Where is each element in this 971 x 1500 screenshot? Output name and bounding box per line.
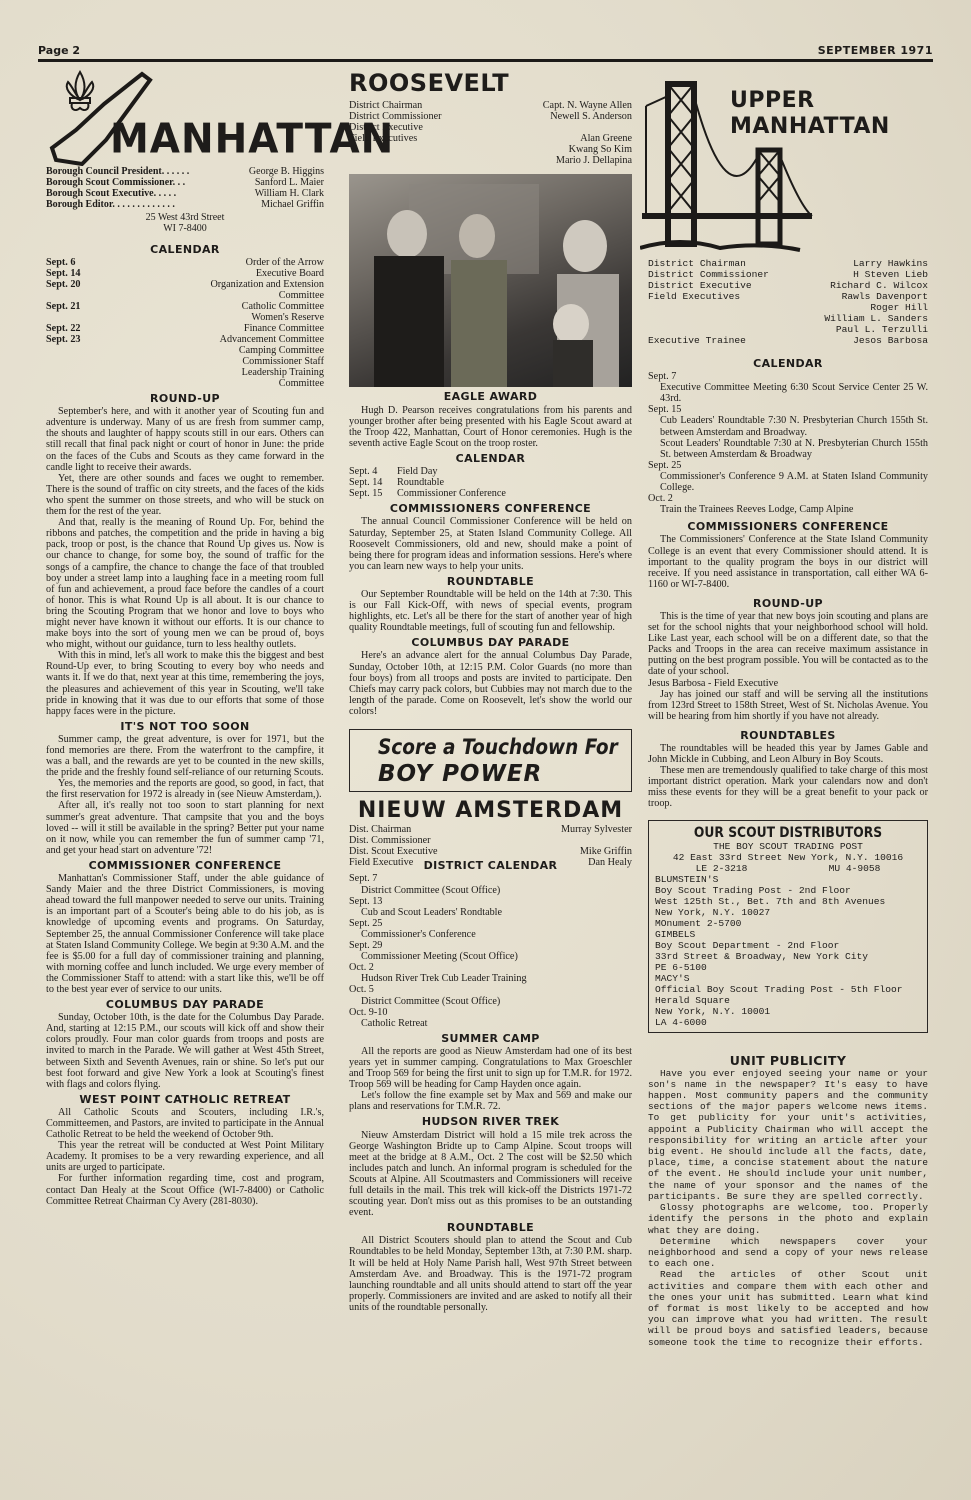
staff-name: Newell S. Anderson <box>543 111 632 122</box>
nieuw-amsterdam-title: NIEUW AMSTERDAM <box>349 798 632 824</box>
eagle-award-caption: EAGLE AWARD Hugh D. Pearson receives con… <box>349 391 632 448</box>
staff-name: Roger Hill <box>870 302 928 313</box>
calendar-date: Sept. 13 <box>349 896 632 907</box>
article-roosevelt-commissioners: COMMISSIONERS CONFERENCE The annual Coun… <box>349 503 632 572</box>
article-paragraph: Here's an advance alert for the annual C… <box>349 650 632 717</box>
article-paragraph: Glossy photographs are welcome, too. Pro… <box>648 1202 928 1236</box>
calendar-heading: CALENDAR <box>46 244 324 255</box>
caption-text: Hugh D. Pearson receives congratulations… <box>349 405 632 449</box>
article-heading: ROUNDTABLE <box>349 1222 632 1233</box>
calendar-event: Cub Leaders' Roundtable 7:30 N. Presbyte… <box>648 415 928 437</box>
store-line: Boy Scout Department - 2nd Floor <box>655 940 921 951</box>
article-heading: COLUMBUS DAY PARADE <box>349 637 632 648</box>
article-paragraph: This year the retreat will be conducted … <box>46 1140 324 1173</box>
roosevelt-title: ROOSEVELT <box>349 70 632 96</box>
article-heading: COMMISSIONER CONFERENCE <box>46 860 324 871</box>
manhattan-column: MANHATTAN Borough Council President. . .… <box>46 66 324 1207</box>
staff-role: District Executive <box>349 122 442 133</box>
article-paragraph: Nieuw Amsterdam District will hold a 15 … <box>349 1130 632 1219</box>
article-paragraph: And that, really is the meaning of Round… <box>46 517 324 650</box>
article-paragraph: Have you ever enjoyed seeing your name o… <box>648 1068 928 1202</box>
store-line: Official Boy Scout Trading Post - 5th Fl… <box>655 984 921 995</box>
calendar-date: Sept. 4 <box>349 466 397 477</box>
staff-role: District Commissioner <box>648 269 769 280</box>
article-summer-camp: SUMMER CAMP All the reports are good as … <box>349 1033 632 1113</box>
article-paragraph: All the reports are good as Nieuw Amster… <box>349 1046 632 1090</box>
staff-name: Richard C. Wilcox <box>830 280 928 291</box>
calendar-date: Sept. 25 <box>349 918 632 929</box>
staff-name: Murray Sylvester <box>561 824 632 835</box>
article-subhead: Jesus Barbosa - Field Executive <box>648 678 928 689</box>
nieuw-calendar: Sept. 7 District Committee (Scout Office… <box>349 873 632 1028</box>
article-columbus-day: COLUMBUS DAY PARADE Sunday, October 10th… <box>46 999 324 1090</box>
article-paragraph: All Catholic Scouts and Scouters, includ… <box>46 1107 324 1140</box>
article-round-up: ROUND-UP September's here, and with it a… <box>46 393 324 717</box>
calendar-event: Hudson River Trek Cub Leader Training <box>349 973 632 984</box>
staff-name: Alan Greene <box>543 133 632 144</box>
staff-role: Field Executives <box>648 291 740 302</box>
calendar-date: Sept. 7 <box>349 873 632 884</box>
store-name: BLUMSTEIN'S <box>655 874 921 885</box>
officer-role: Borough Scout Commissioner. . . <box>46 177 185 188</box>
distributor-phone: MU 4-9058 <box>829 863 881 874</box>
article-heading: COMMISSIONERS CONFERENCE <box>349 503 632 514</box>
calendar-date: Oct. 5 <box>349 984 632 995</box>
article-paragraph: Jay has joined our staff and will be ser… <box>648 689 928 722</box>
calendar-event: Commissioner Conference <box>397 488 506 499</box>
article-paragraph: The annual Council Commissioner Conferen… <box>349 516 632 571</box>
boy-power-banner: Score a Touchdown For BOY POWER <box>349 729 632 792</box>
article-roosevelt-columbus: COLUMBUS DAY PARADE Here's an advance al… <box>349 637 632 717</box>
staff-role: Dist. Commissioner <box>349 835 438 846</box>
calendar-heading: CALENDAR <box>349 453 632 464</box>
distributors-title: OUR SCOUT DISTRIBUTORS <box>671 825 905 841</box>
article-not-too-soon: IT'S NOT TOO SOON Summer camp, the great… <box>46 721 324 856</box>
manhattan-calendar: Sept. 6Order of the Arrow Sept. 14Execut… <box>46 257 324 389</box>
store-line: LA 4-6000 <box>655 1017 921 1028</box>
calendar-date: Oct. 9-10 <box>349 1007 632 1018</box>
store-line: New York, N.Y. 10027 <box>655 907 921 918</box>
staff-role: District Executive <box>648 280 752 291</box>
upper-manhattan-masthead: UPPER MANHATTAN <box>648 66 928 258</box>
staff-name: Mike Griffin <box>561 846 632 857</box>
calendar-event: District Committee (Scout Office) <box>349 885 632 896</box>
upper-manhattan-staff: District ChairmanLarry Hawkins District … <box>648 258 928 346</box>
calendar-event: Advancement Committee <box>96 334 324 345</box>
article-paragraph: This is the time of year that new boys j… <box>648 611 928 678</box>
staff-name: Kwang So Kim <box>543 144 632 155</box>
calendar-event: Committee <box>96 290 324 301</box>
store-line: New York, N.Y. 10001 <box>655 1006 921 1017</box>
calendar-event: Leadership Training <box>96 367 324 378</box>
article-paragraph: After all, it's really not too soon to s… <box>46 800 324 855</box>
calendar-event: Scout Leaders' Roundtable 7:30 at N. Pre… <box>648 438 928 460</box>
upper-manhattan-column: UPPER MANHATTAN District ChairmanLarry H… <box>648 66 928 1348</box>
calendar-event: Women's Reserve <box>96 312 324 323</box>
calendar-event: Executive Committee Meeting 6:30 Scout S… <box>648 382 928 404</box>
roosevelt-staff: District Chairman District Commissioner … <box>349 100 632 166</box>
calendar-date: Sept. 6 <box>46 257 96 268</box>
article-paragraph: With this in mind, let's all work to mak… <box>46 650 324 717</box>
article-heading: ROUNDTABLES <box>648 730 928 741</box>
calendar-date: Sept. 15 <box>349 488 397 499</box>
article-nieuw-roundtable: ROUNDTABLE All District Scouters should … <box>349 1222 632 1313</box>
article-paragraph: Read the articles of other Scout unit ac… <box>648 1269 928 1347</box>
newspaper-page: Page 2 SEPTEMBER 1971 MANHATTAN Borough … <box>0 0 971 1500</box>
store-line: West 125th St., Bet. 7th and 8th Avenues <box>655 896 921 907</box>
article-heading: WEST POINT CATHOLIC RETREAT <box>46 1094 324 1105</box>
staff-role: Dist. Chairman <box>349 824 438 835</box>
calendar-date: Oct. 2 <box>349 962 632 973</box>
calendar-date: Sept. 14 <box>349 477 397 488</box>
article-paragraph: Manhattan's Commissioner Staff, under th… <box>46 873 324 995</box>
staff-name: Capt. N. Wayne Allen <box>543 100 632 111</box>
article-heading: IT'S NOT TOO SOON <box>46 721 324 732</box>
officer-name: William H. Clark <box>255 188 324 199</box>
calendar-event: Commissioner Staff <box>96 356 324 367</box>
borough-address: 25 West 43rd Street WI 7-8400 <box>46 212 324 234</box>
calendar-event: Catholic Committee <box>96 301 324 312</box>
staff-role: District Chairman <box>349 100 442 111</box>
article-heading: HUDSON RIVER TREK <box>349 1116 632 1127</box>
calendar-date: Sept. 20 <box>46 279 96 290</box>
article-paragraph: The roundtables will be headed this year… <box>648 743 928 765</box>
phone-line: WI 7-8400 <box>46 223 324 234</box>
officer-name: Sanford L. Maier <box>255 177 324 188</box>
calendar-date: Oct. 2 <box>648 493 928 504</box>
article-paragraph: For further information regarding time, … <box>46 1173 324 1206</box>
calendar-event: Cub and Scout Leaders' Rondtable <box>349 907 632 918</box>
calendar-date: Sept. 23 <box>46 334 96 345</box>
article-paragraph: All District Scouters should plan to att… <box>349 1235 632 1313</box>
article-paragraph: The Commissioners' Conference at the Sta… <box>648 534 928 589</box>
caption-heading: EAGLE AWARD <box>349 391 632 402</box>
upper-manhattan-title: UPPER MANHATTAN <box>730 88 928 140</box>
banner-line-1: Score a Touchdown For <box>378 734 576 760</box>
calendar-date: Sept. 14 <box>46 268 96 279</box>
calendar-date: Sept. 29 <box>349 940 632 951</box>
staff-role: District Chairman <box>648 258 746 269</box>
calendar-date: Sept. 15 <box>648 404 928 415</box>
calendar-event: Field Day <box>397 466 437 477</box>
staff-name: Larry Hawkins <box>853 258 928 269</box>
store-line: 33rd Street & Broadway, New York City <box>655 951 921 962</box>
article-west-point-retreat: WEST POINT CATHOLIC RETREAT All Catholic… <box>46 1094 324 1207</box>
calendar-event: Camping Committee <box>96 345 324 356</box>
article-paragraph: Sunday, October 10th, is the date for th… <box>46 1012 324 1090</box>
store-name: MACY'S <box>655 973 921 984</box>
article-upper-roundtables: ROUNDTABLES The roundtables will be head… <box>648 730 928 810</box>
store-line: Herald Square <box>655 995 921 1006</box>
distributor-name: THE BOY SCOUT TRADING POST <box>655 841 921 852</box>
officer-role: Borough Editor. . . . . . . . . . . . . <box>46 199 175 210</box>
article-unit-publicity: UNIT PUBLICITY Have you ever enjoyed see… <box>648 1055 928 1348</box>
photo-figures-icon <box>349 174 632 387</box>
officer-name: George B. Higgins <box>249 166 324 177</box>
calendar-date: Sept. 21 <box>46 301 96 312</box>
staff-name: Dan Healy <box>561 857 632 868</box>
staff-name: Mario J. Dellapina <box>543 155 632 166</box>
calendar-date: Sept. 7 <box>648 371 928 382</box>
article-paragraph: Our September Roundtable will be held on… <box>349 589 632 633</box>
calendar-date: Sept. 25 <box>648 460 928 471</box>
article-paragraph: Summer camp, the great adventure, is ove… <box>46 734 324 778</box>
article-heading: ROUNDTABLE <box>349 576 632 587</box>
manhattan-masthead: MANHATTAN <box>46 66 324 166</box>
article-upper-round-up: ROUND-UP This is the time of year that n… <box>648 598 928 722</box>
officer-name: Michael Griffin <box>261 199 324 210</box>
distributor-address: 42 East 33rd Street New York, N.Y. 10016 <box>655 852 921 863</box>
article-paragraph: Yet, there are other sounds and faces we… <box>46 473 324 517</box>
banner-line-2: BOY POWER <box>378 760 603 788</box>
article-heading: ROUND-UP <box>648 598 928 609</box>
distributor-phone: LE 2-3218 <box>696 863 748 874</box>
staff-name: Rawls Davenport <box>842 291 928 302</box>
calendar-event: Executive Board <box>96 268 324 279</box>
store-line: PE 6-5100 <box>655 962 921 973</box>
calendar-event: Commissioner Meeting (Scout Office) <box>349 951 632 962</box>
calendar-event: Commissioner's Conference <box>349 929 632 940</box>
staff-name: Paul L. Terzulli <box>836 324 928 335</box>
address-line: 25 West 43rd Street <box>46 212 324 223</box>
article-paragraph: Let's follow the fine example set by Max… <box>349 1090 632 1112</box>
calendar-event: District Committee (Scout Office) <box>349 996 632 1007</box>
article-heading: COMMISSIONERS CONFERENCE <box>648 521 928 532</box>
article-commissioner-conference: COMMISSIONER CONFERENCE Manhattan's Comm… <box>46 860 324 995</box>
calendar-event: Committee <box>96 378 324 389</box>
article-hudson-river-trek: HUDSON RIVER TREK Nieuw Amsterdam Distri… <box>349 1116 632 1218</box>
calendar-event: Catholic Retreat <box>349 1018 632 1029</box>
article-heading: ROUND-UP <box>46 393 324 404</box>
store-name: GIMBELS <box>655 929 921 940</box>
article-heading: SUMMER CAMP <box>349 1033 632 1044</box>
article-upper-commissioners: COMMISSIONERS CONFERENCE The Commissione… <box>648 521 928 590</box>
roosevelt-column: ROOSEVELT District Chairman District Com… <box>349 66 632 1313</box>
header-rule <box>38 59 933 62</box>
calendar-event: Train the Trainees Reeves Lodge, Camp Al… <box>648 504 928 515</box>
officer-role: Borough Scout Executive. . . . . <box>46 188 176 199</box>
upper-manhattan-calendar: Sept. 7 Executive Committee Meeting 6:30… <box>648 371 928 515</box>
staff-role: Executive Trainee <box>648 335 746 346</box>
borough-officers: Borough Council President. . . . . .Geor… <box>46 166 324 210</box>
calendar-heading: CALENDAR <box>648 358 928 369</box>
article-roosevelt-roundtable: ROUNDTABLE Our September Roundtable will… <box>349 576 632 633</box>
article-paragraph: Yes, the memories and the reports are go… <box>46 778 324 800</box>
article-heading: UNIT PUBLICITY <box>648 1055 928 1066</box>
staff-name: Jesos Barbosa <box>853 335 928 346</box>
staff-role: Field Executives <box>349 133 442 144</box>
issue-date: SEPTEMBER 1971 <box>818 44 933 57</box>
calendar-event: Commissioner's Conference 9 A.M. at Stat… <box>648 471 928 493</box>
article-paragraph: Determine which newspapers cover your ne… <box>648 1236 928 1270</box>
calendar-event: Roundtable <box>397 477 444 488</box>
scout-distributors-box: OUR SCOUT DISTRIBUTORS THE BOY SCOUT TRA… <box>648 820 928 1033</box>
calendar-date: Sept. 22 <box>46 323 96 334</box>
roosevelt-calendar: Sept. 4Field Day Sept. 14Roundtable Sept… <box>349 466 632 499</box>
staff-name: William L. Sanders <box>824 313 928 324</box>
article-heading: COLUMBUS DAY PARADE <box>46 999 324 1010</box>
staff-role: Dist. Scout Executive <box>349 846 438 857</box>
calendar-event: Order of the Arrow <box>96 257 324 268</box>
article-paragraph: September's here, and with it another ye… <box>46 406 324 473</box>
calendar-event: Finance Committee <box>96 323 324 334</box>
store-line: MOnument 2-5700 <box>655 918 921 929</box>
staff-name: H Steven Lieb <box>853 269 928 280</box>
article-paragraph: These men are tremendously qualified to … <box>648 765 928 809</box>
officer-role: Borough Council President. . . . . . <box>46 166 189 177</box>
calendar-event: Organization and Extension <box>96 279 324 290</box>
store-line: Boy Scout Trading Post - 2nd Floor <box>655 885 921 896</box>
eagle-award-photo <box>349 174 632 387</box>
staff-role: District Commissioner <box>349 111 442 122</box>
page-number: Page 2 <box>38 44 80 57</box>
